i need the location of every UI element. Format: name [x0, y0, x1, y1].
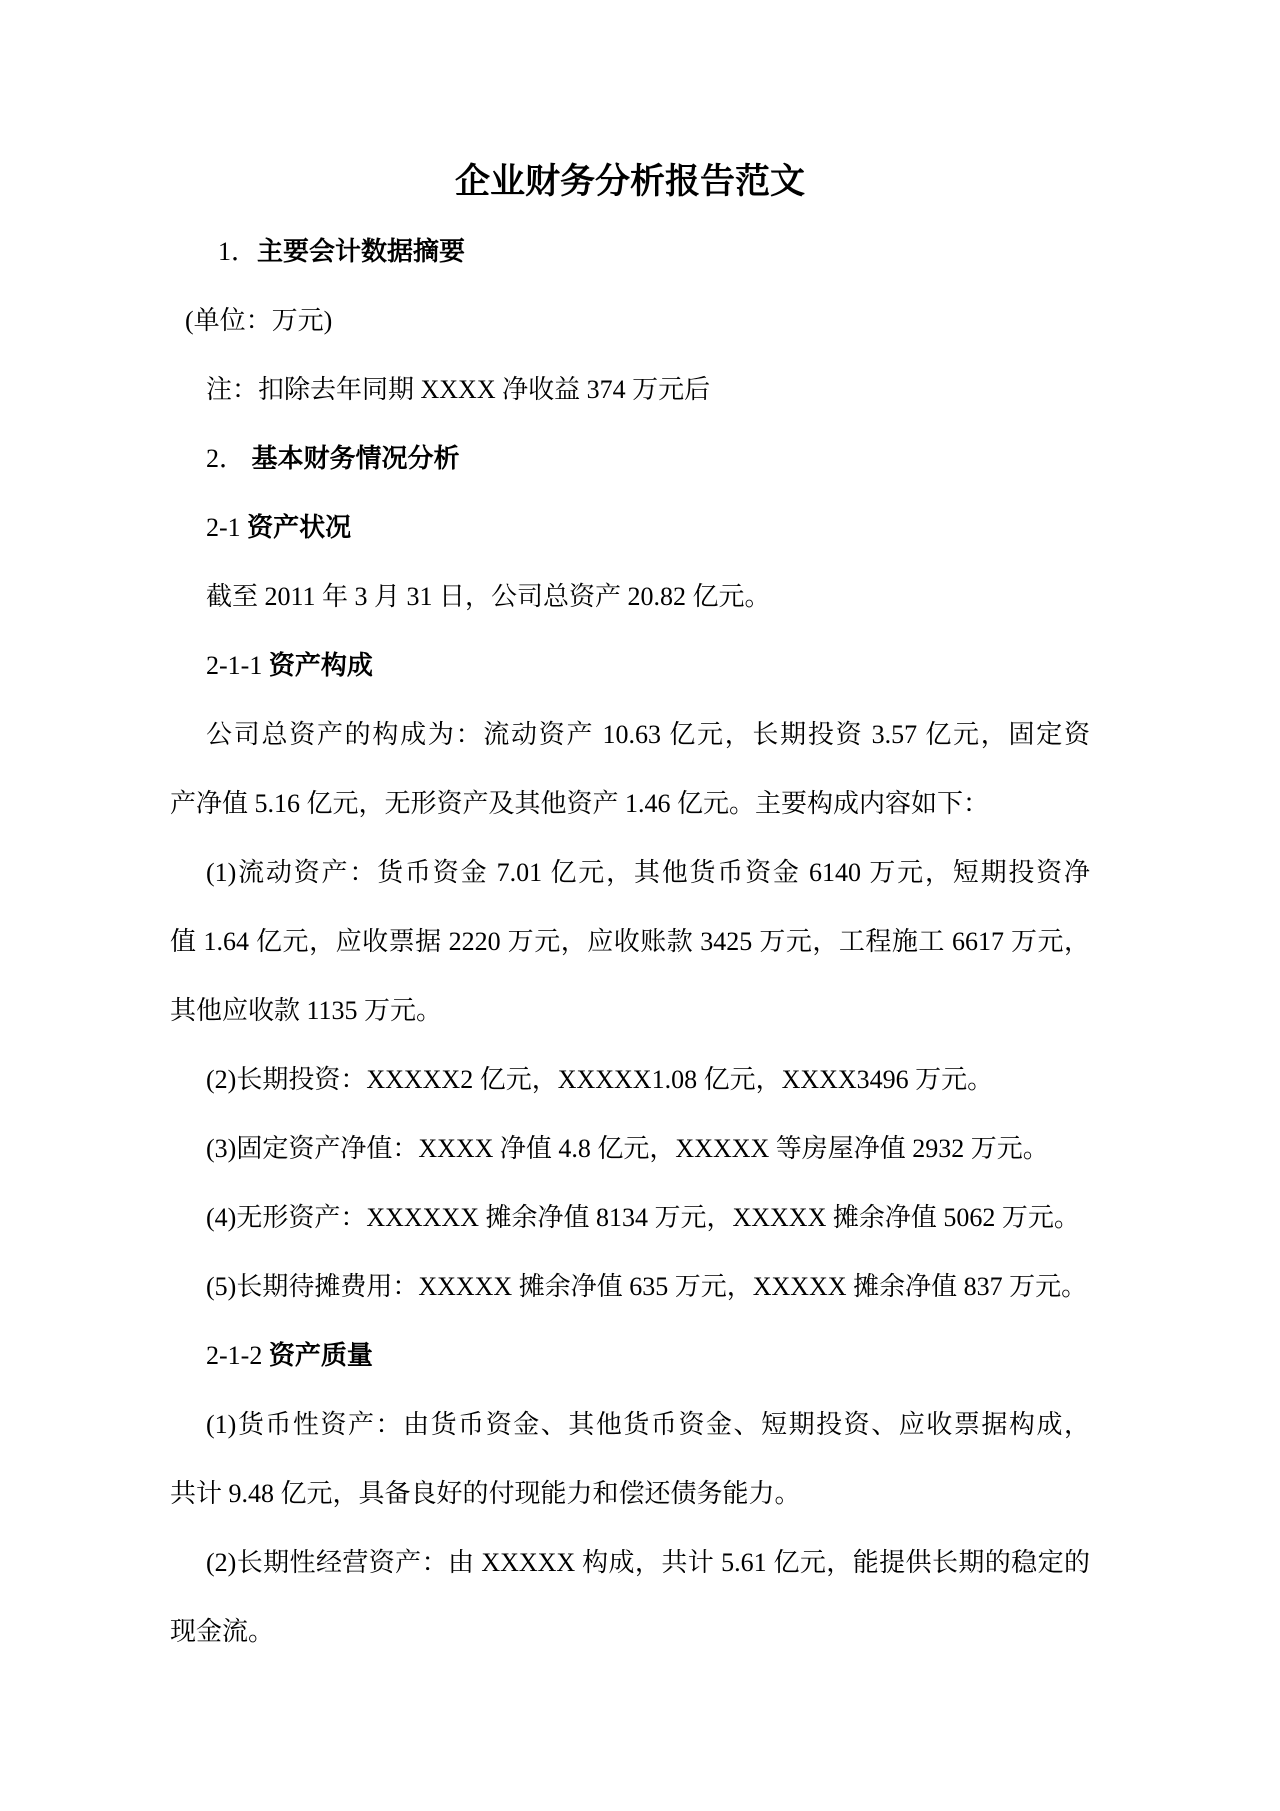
heading-2-1-2: 2-1-2 资产质量: [170, 1321, 1090, 1390]
text-segment-bold: 资产状况: [247, 513, 351, 542]
text-segment: (单位：万元): [185, 306, 332, 335]
item-5-deferred-expenses: (5)长期待摊费用：XXXXX 摊余净值 635 万元，XXXXX 摊余净值 8…: [170, 1252, 1090, 1321]
item-2-long-term-investment: (2)长期投资：XXXXX2 亿元，XXXXX1.08 亿元，XXXX3496 …: [170, 1045, 1090, 1114]
text-segment: (3)固定资产净值：XXXX 净值 4.8 亿元，XXXXX 等房屋净值 293…: [206, 1134, 1049, 1163]
text-segment: (2)长期投资：XXXXX2 亿元，XXXXX1.08 亿元，XXXX3496 …: [206, 1065, 993, 1094]
quality-item-2-line-1: (2)长期性经营资产：由 XXXXX 构成，共计 5.61 亿元，能提供长期的稳…: [170, 1528, 1090, 1597]
text-segment: (1)货币性资产：由货币资金、其他货币资金、短期投资、应收票据构成，: [206, 1410, 1090, 1439]
text-segment-bold: 主要会计数据摘要: [257, 237, 465, 266]
document-body: 1．主要会计数据摘要(单位：万元)注：扣除去年同期 XXXX 净收益 374 万…: [170, 217, 1090, 1666]
document-page: 企业财务分析报告范文 1．主要会计数据摘要(单位：万元)注：扣除去年同期 XXX…: [0, 0, 1280, 1811]
quality-item-1-line-2: 共计 9.48 亿元，具备良好的付现能力和偿还债务能力。: [170, 1459, 1090, 1528]
text-segment: 2．: [206, 444, 252, 473]
text-segment: 2-1-2: [206, 1341, 269, 1370]
text-segment: 注：扣除去年同期 XXXX 净收益 374 万元后: [206, 375, 710, 404]
heading-1: 1．主要会计数据摘要: [170, 217, 1090, 286]
quality-item-1-line-1: (1)货币性资产：由货币资金、其他货币资金、短期投资、应收票据构成，: [170, 1390, 1090, 1459]
text-segment: (5)长期待摊费用：XXXXX 摊余净值 635 万元，XXXXX 摊余净值 8…: [206, 1272, 1087, 1301]
text-segment: 值 1.64 亿元，应收票据 2220 万元，应收账款 3425 万元，工程施工…: [170, 927, 1090, 956]
item-3-fixed-assets: (3)固定资产净值：XXXX 净值 4.8 亿元，XXXXX 等房屋净值 293…: [170, 1114, 1090, 1183]
para-composition-line-2: 产净值 5.16 亿元，无形资产及其他资产 1.46 亿元。主要构成内容如下：: [170, 769, 1090, 838]
text-segment: 其他应收款 1135 万元。: [170, 996, 442, 1025]
text-segment: (4)无形资产：XXXXXX 摊余净值 8134 万元，XXXXX 摊余净值 5…: [206, 1203, 1080, 1232]
heading-2-1: 2-1 资产状况: [170, 493, 1090, 562]
item-1-current-assets-line-3: 其他应收款 1135 万元。: [170, 976, 1090, 1045]
text-segment: 共计 9.48 亿元，具备良好的付现能力和偿还债务能力。: [170, 1479, 801, 1508]
text-segment: 公司总资产的构成为：流动资产 10.63 亿元，长期投资 3.57 亿元，固定资: [206, 720, 1090, 749]
text-segment: (1)流动资产：货币资金 7.01 亿元，其他货币资金 6140 万元，短期投资…: [206, 858, 1090, 887]
para-total-assets: 截至 2011 年 3 月 31 日，公司总资产 20.82 亿元。: [170, 562, 1090, 631]
heading-2: 2． 基本财务情况分析: [170, 424, 1090, 493]
quality-item-2-line-2: 现金流。: [170, 1597, 1090, 1666]
para-composition-line-1: 公司总资产的构成为：流动资产 10.63 亿元，长期投资 3.57 亿元，固定资: [170, 700, 1090, 769]
unit-note: (单位：万元): [170, 286, 1090, 355]
text-segment-bold: 基本财务情况分析: [252, 444, 460, 473]
item-1-current-assets-line-1: (1)流动资产：货币资金 7.01 亿元，其他货币资金 6140 万元，短期投资…: [170, 838, 1090, 907]
item-1-current-assets-line-2: 值 1.64 亿元，应收票据 2220 万元，应收账款 3425 万元，工程施工…: [170, 907, 1090, 976]
text-segment: 截至 2011 年 3 月 31 日，公司总资产 20.82 亿元。: [206, 582, 771, 611]
text-segment-bold: 资产构成: [269, 651, 373, 680]
text-segment-bold: 资产质量: [269, 1341, 373, 1370]
document-title: 企业财务分析报告范文: [170, 158, 1090, 206]
text-segment: 2-1: [206, 513, 247, 542]
heading-2-1-1: 2-1-1 资产构成: [170, 631, 1090, 700]
item-4-intangible-assets: (4)无形资产：XXXXXX 摊余净值 8134 万元，XXXXX 摊余净值 5…: [170, 1183, 1090, 1252]
text-segment: (2)长期性经营资产：由 XXXXX 构成，共计 5.61 亿元，能提供长期的稳…: [206, 1548, 1090, 1577]
note-line: 注：扣除去年同期 XXXX 净收益 374 万元后: [170, 355, 1090, 424]
text-segment: 现金流。: [170, 1617, 274, 1646]
text-segment: 2-1-1: [206, 651, 269, 680]
text-segment: 产净值 5.16 亿元，无形资产及其他资产 1.46 亿元。主要构成内容如下：: [170, 789, 989, 818]
text-segment: 1．: [218, 237, 257, 266]
